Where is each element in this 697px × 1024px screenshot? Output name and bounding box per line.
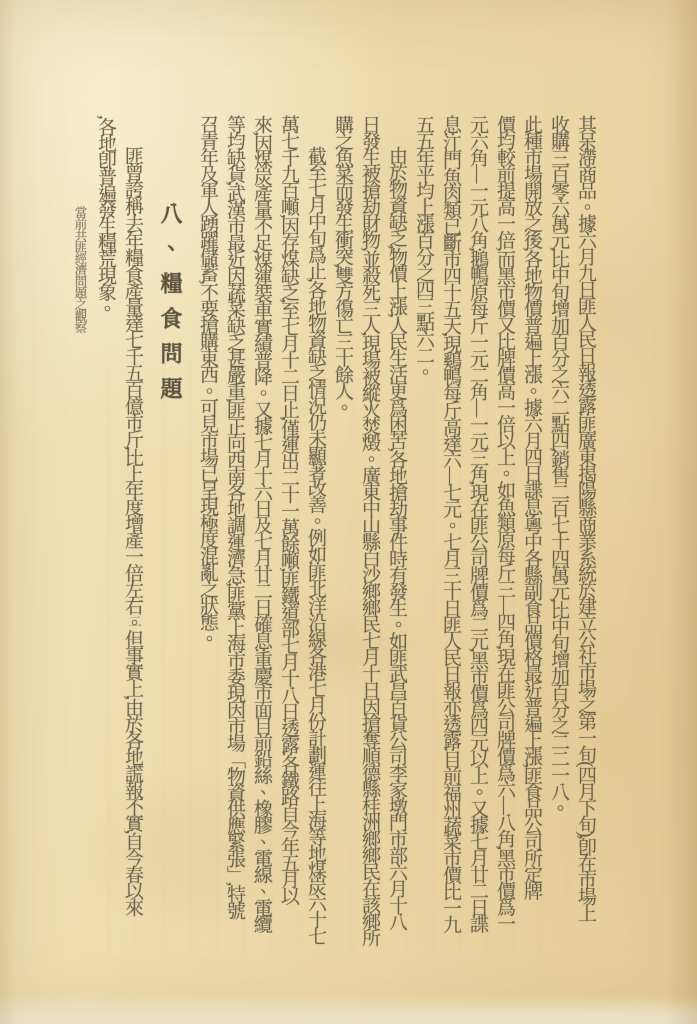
text-column: ,各地卽普遍發生糧荒現象。 [92,115,119,1024]
text-column: 萬七千九百噸,因存煤缺乏,至七月十二日止,僅運出二十一萬餘噸;匪鐵道部七月十八日… [275,115,302,1024]
margin-title: 當前共匪經濟問題之觀察 [71,206,89,333]
scanned-page: 其呆滯商品。據六月九日匪人民日報透露:匪廣東揭陽縣商業系統於建立公社市場之第一旬… [0,0,697,1024]
text-column: 日發生被搶劫財物,並殺死三人,現場被縱火焚燬。廣東中山縣白沙鄉鄉民七月十日因搶奪… [356,115,383,1024]
text-column: 五五年平均上漲百分之四三點六二。 [410,115,437,1024]
body-text-block: 其呆滯商品。據六月九日匪人民日報透露:匪廣東揭陽縣商業系統於建立公社市場之第一旬… [92,115,599,1024]
text-column: 等均缺貨;武漢市最近因蔬菜缺乏甚嚴重,匪正向西南各地調運濟急;匪黨上海市委現因市… [221,115,248,1024]
text-column: 購之魚菜而發生衝突,雙方傷亡三十餘人。 [329,115,356,1024]
text-column: 召青年及軍人踴躍儲蓄,不要搶購東西。可見市場已呈現極度混亂之狀態。 [194,115,221,1024]
text-column: 息:江門魚肉類已斷市四十五天,現鷄鴨每斤高達六—七元。七月三十日匪人民日報亦透露… [437,115,464,1024]
text-column: 此種市場開放之後,各地物價普遍上漲。據六月四日諜息:粵中各縣副食品價格最近普遍上… [518,115,545,1024]
text-column: 其呆滯商品。據六月九日匪人民日報透露:匪廣東揭陽縣商業系統於建立公社市場之第一旬… [572,115,599,1024]
text-column-paragraph-start: 截至七月中旬爲止,各地物資缺乏情況仍未顯著改善。例如:匪北洋沿線各港七月份計劃運… [302,115,329,1024]
text-column-paragraph-start: 由於物資缺乏,物價上漲,人民生活更爲困苦,各地搶劫事件時有發生。如匪武昌百貨公司… [383,115,410,1024]
section-heading: 八、糧食問題 [150,115,190,1024]
text-column: 來,因煤炭產量不足,煤運裝車實績普降。又據七月十六日及七月廿二日確息:重慶市面目… [248,115,275,1024]
text-column-paragraph-start: 匪曾誇稱:去年糧食產量達七千五百億市斤,比上年度增產一倍左右。但事實上,由於各地… [119,115,146,1024]
page-number: 一二一 [123,595,143,652]
text-column: 收購三百零六萬元,比中旬增加百分之六二點四,銷售二百七十四萬元,比中旬增加百分之… [545,115,572,1024]
text-column: 價均較前提高一倍,而黑市價又比牌價高一倍以上。如魚類原每斤三—四角,現在匪公司牌… [491,115,518,1024]
text-column: 元六角—一元八角;鵝鴨原每斤一元二角—一元三角,現在匪公司牌價爲二元,黑市價爲四… [464,115,491,1024]
